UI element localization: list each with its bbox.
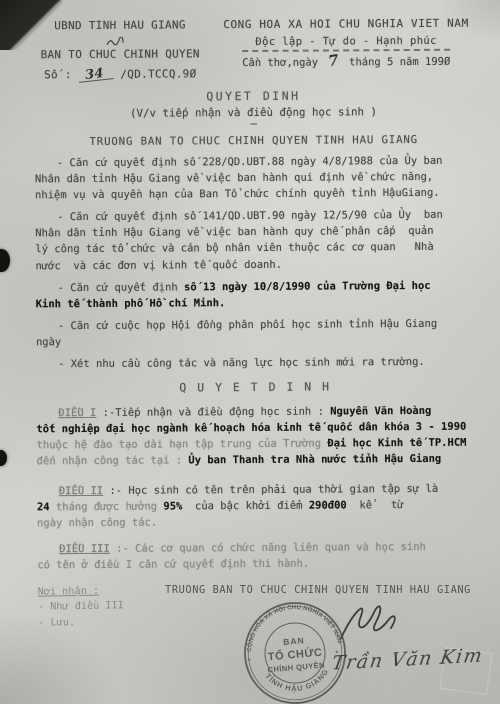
text-segment: Đại học Kinh tế TP.HCM [321, 437, 466, 450]
recipients-label: Nơi nhận : [38, 585, 124, 597]
date-day-handwritten: 7 [324, 54, 344, 67]
text-segment: 290đ00 [309, 499, 347, 511]
text-line: - Lưu. [38, 614, 124, 631]
preamble-section: - Căn cứ quyết định số 228/QD.UBT.88 ngà… [35, 153, 474, 373]
article-2: ĐIỀU II :- Học sinh có tên trên phải qua… [37, 480, 475, 531]
national-header-block: CONG HOA XA HOI CHU NGHIA VIET NAM Độc l… [206, 17, 472, 70]
text-segment: ĐIỀU I [58, 407, 96, 419]
article-1: ĐIỀU I :-Tiếp nhận và điều động học sinh… [36, 403, 474, 470]
text-segment: có tên ở điều I căn cứ quyết định thi hà… [37, 558, 309, 572]
org-name-row: BAN TO CHUC CHINH QUYEN [34, 47, 206, 61]
text-segment: - Xét nhu cầu công tác và năng lực học s… [58, 356, 425, 370]
title-separator: — [35, 118, 473, 130]
preamble-paragraph-5: - Xét nhu cầu công tác và năng lực học s… [36, 354, 474, 373]
text-segment: :- Các cơ quan có chức năng liên quan và… [110, 541, 426, 555]
text-segment: Nhân dân tỉnh Hậu Giang về việc ban hành… [35, 225, 433, 239]
text-segment: - Căn cứ cuộc họp Hội đồng phân phối học… [58, 318, 437, 332]
national-motto: Độc lập - Tự do - Hạnh phúc [220, 35, 472, 49]
text-segment: Ủy ban Thanh tra Nhà nước tỉnh Hậu Giang [188, 453, 441, 467]
recipients-block: Nơi nhận : - Như điều III- Lưu. [38, 585, 125, 630]
issuing-org-block: UBND TINH HAU GIANG BAN TO CHUC CHINH QU… [34, 18, 206, 81]
articles-section: ĐIỀU I :-Tiếp nhận và điều động học sinh… [36, 403, 475, 574]
dateline-post: tháng 5 năm 199Ø [349, 56, 450, 69]
motto-underline [242, 49, 450, 52]
text-line: - Căn cứ quyết định số 13 ngày 10/8/1990… [36, 277, 474, 296]
article-3: ĐIỀU III :- Các cơ quan có chức năng liê… [37, 538, 475, 573]
country-name: CONG HOA XA HOI CHU NGHIA VIET NAM [220, 17, 472, 32]
official-stamp: CỘNG HÒA XÃ HỘI CHỦ NGHĨA VIỆT NAM TỈNH … [239, 597, 352, 704]
text-segment: nước và các đơn vị kinh tế quốc doanh. [35, 258, 282, 272]
stamp-center-line1: BAN [283, 635, 305, 647]
document-title: QUYET DINH [34, 88, 472, 105]
text-segment: :- Học sinh có tên trên phải qua thời gi… [103, 482, 438, 496]
recipients-list: - Như điều III- Lưu. [38, 598, 124, 630]
title-block: QUYET DINH (V/v tiếp nhận và điều động h… [34, 88, 472, 149]
org-name: BAN TO CHUC CHINH QUYEN [34, 47, 206, 61]
text-line: - Căn cứ cuộc họp Hội đồng phân phối học… [36, 315, 474, 334]
text-segment: ngày nhận công tác. [37, 516, 157, 529]
place-date-line: Cần thơ,ngày 7 tháng 5 năm 199Ø [220, 55, 472, 70]
decree-number-suffix: /QD.TCCQ.9Ø [120, 67, 196, 80]
decree-number-handwritten: 34 [78, 68, 114, 83]
handwritten-correction-mark [106, 37, 124, 47]
text-segment: lý công tác tổ chức và cán bộ nhân viên … [35, 241, 433, 255]
text-segment: số 13 ngày 10/8/1990 của Trường Đại học [184, 280, 431, 294]
text-segment: - Căn cứ quyết định [58, 281, 185, 294]
text-segment: ngày [36, 336, 61, 348]
decree-number-label: Số : [44, 68, 72, 81]
preamble-paragraph-1: - Căn cứ quyết định số 228/QD.UBT.88 ngà… [35, 153, 473, 204]
decree-number: Số : 34 /QD.TCCQ.9Ø [34, 67, 206, 81]
text-line: ĐIỀU III :- Các cơ quan có chức năng liê… [37, 538, 475, 557]
text-segment: - Căn cứ quyết định số 228/QD.UBT.88 ngà… [57, 155, 443, 169]
text-line: đến nhận công tác tại : Ủy ban Thanh tra… [37, 451, 475, 470]
text-segment: ĐIỀU II [59, 484, 103, 496]
preamble-paragraph-2: - Căn cứ quyết định số 141/QD.UBT.90 ngà… [35, 207, 473, 274]
preamble-paragraph-4: - Căn cứ cuộc họp Hội đồng phân phối học… [36, 315, 474, 350]
text-segment: của bậc khởi điểm [182, 499, 309, 512]
text-line: nước và các đơn vị kinh tế quốc doanh. [35, 255, 473, 274]
text-line: Kinh tế thành phố Hồ chí Minh. [36, 293, 474, 312]
text-segment: 95% [163, 500, 182, 512]
text-segment: tốt nghiệp đại học ngành kế hoạch hóa ki… [36, 421, 466, 436]
text-segment: 24 [37, 501, 50, 513]
text-line: có tên ở điều I căn cứ quyết định thi hà… [37, 555, 475, 574]
issuer-heading: TRUONG BAN TO CHUC CHINH QUYEN TINH HAU … [35, 133, 473, 149]
text-line: ngày [36, 332, 474, 351]
stamp-star-left-icon: ★ [247, 656, 252, 663]
preamble-paragraph-3: - Căn cứ quyết định số 13 ngày 10/8/1990… [36, 277, 474, 312]
signer-title: TRUONG BAN TO CHUC CHINH QUYEN TINH HAU … [152, 584, 484, 596]
text-segment: kể từ [347, 499, 404, 511]
text-segment: tháng được hưởng [50, 500, 164, 513]
text-line: ĐIỀU II :- Học sinh có tên trên phải qua… [37, 480, 475, 499]
text-line: - Xét nhu cầu công tác và năng lực học s… [36, 354, 474, 373]
text-segment: thuộc hệ đào tạo dài hạn tập trung của T… [37, 438, 322, 452]
text-segment: đến nhận công tác tại : [37, 455, 189, 468]
org-parent: UBND TINH HAU GIANG [34, 18, 206, 32]
text-line: - Như điều III [38, 598, 124, 615]
text-segment: :-Tiếp nhận và điều động học sinh : [96, 406, 330, 419]
dateline-pre: Cần thơ,ngày [242, 57, 318, 69]
text-line: ngày nhận công tác. [37, 512, 475, 531]
decision-heading: Q U Y E T D I N H [36, 379, 474, 396]
text-segment: ĐIỀU III [59, 543, 110, 555]
text-line: lý công tác tổ chức và cán bộ nhân viên … [35, 239, 473, 258]
text-segment: Nguyễn Văn Hoàng [330, 405, 431, 418]
text-segment: - Như điều III [38, 600, 124, 612]
text-segment: - Lưu. [38, 617, 75, 629]
text-segment: - Căn cứ quyết định số 141/QD.UBT.90 ngà… [57, 209, 443, 223]
text-segment: Kinh tế thành phố Hồ chí Minh. [36, 297, 226, 310]
text-segment: Nhân dân tỉnh Hậu Giang về việc ban hành… [35, 171, 433, 185]
text-line: nhiệm vụ và quyền hạn của Ban Tổ chức ch… [35, 185, 473, 204]
scanned-document-page: UBND TINH HAU GIANG BAN TO CHUC CHINH QU… [0, 0, 500, 704]
text-segment: nhiệm vụ và quyền hạn của Ban Tổ chức ch… [35, 187, 440, 201]
document-header: UBND TINH HAU GIANG BAN TO CHUC CHINH QU… [34, 17, 472, 82]
